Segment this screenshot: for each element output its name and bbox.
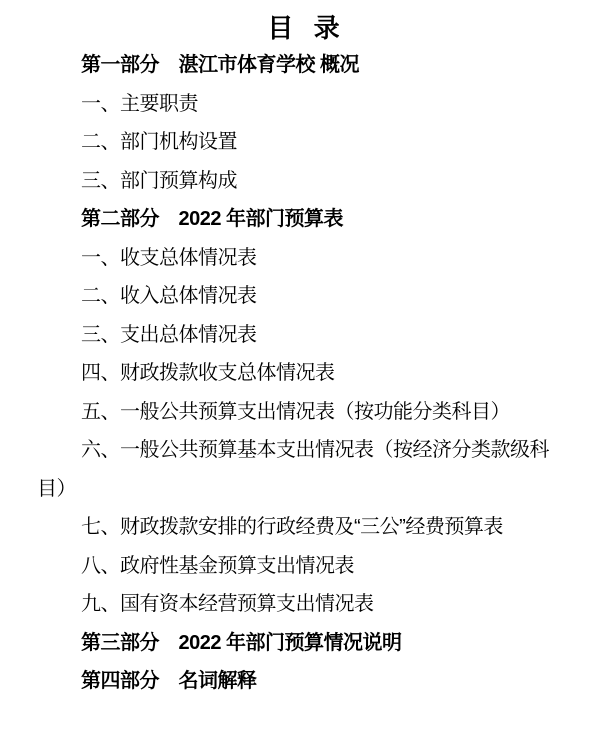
toc-item: 四、财政拨款收支总体情况表	[37, 354, 578, 393]
table-of-contents: 第一部分 湛江市体育学校 概况 一、主要职责 二、部门机构设置 三、部门预算构成…	[37, 46, 578, 701]
toc-item: 一、收支总体情况表	[37, 239, 578, 278]
toc-item-wrap-line: 目）	[37, 470, 578, 509]
document-title: 目 录	[37, 10, 571, 46]
toc-item: 七、财政拨款安排的行政经费及“三公”经费预算表	[37, 508, 578, 547]
toc-item: 九、国有资本经营预算支出情况表	[37, 585, 578, 624]
toc-item: 三、部门预算构成	[37, 162, 578, 201]
toc-item: 二、收入总体情况表	[37, 277, 578, 316]
toc-heading-part3: 第三部分 2022 年部门预算情况说明	[37, 624, 578, 663]
toc-heading-part2: 第二部分 2022 年部门预算表	[37, 200, 578, 239]
toc-heading-part4: 第四部分 名词解释	[37, 662, 578, 701]
toc-heading-part1: 第一部分 湛江市体育学校 概况	[37, 46, 578, 85]
toc-item: 八、政府性基金预算支出情况表	[37, 547, 578, 586]
toc-item: 二、部门机构设置	[37, 123, 578, 162]
toc-item: 一、主要职责	[37, 85, 578, 124]
document-page: 目 录 第一部分 湛江市体育学校 概况 一、主要职责 二、部门机构设置 三、部门…	[0, 0, 608, 734]
toc-item: 六、一般公共预算基本支出情况表（按经济分类款级科	[37, 431, 578, 470]
toc-item: 三、支出总体情况表	[37, 316, 578, 355]
toc-item: 五、一般公共预算支出情况表（按功能分类科目）	[37, 393, 578, 432]
